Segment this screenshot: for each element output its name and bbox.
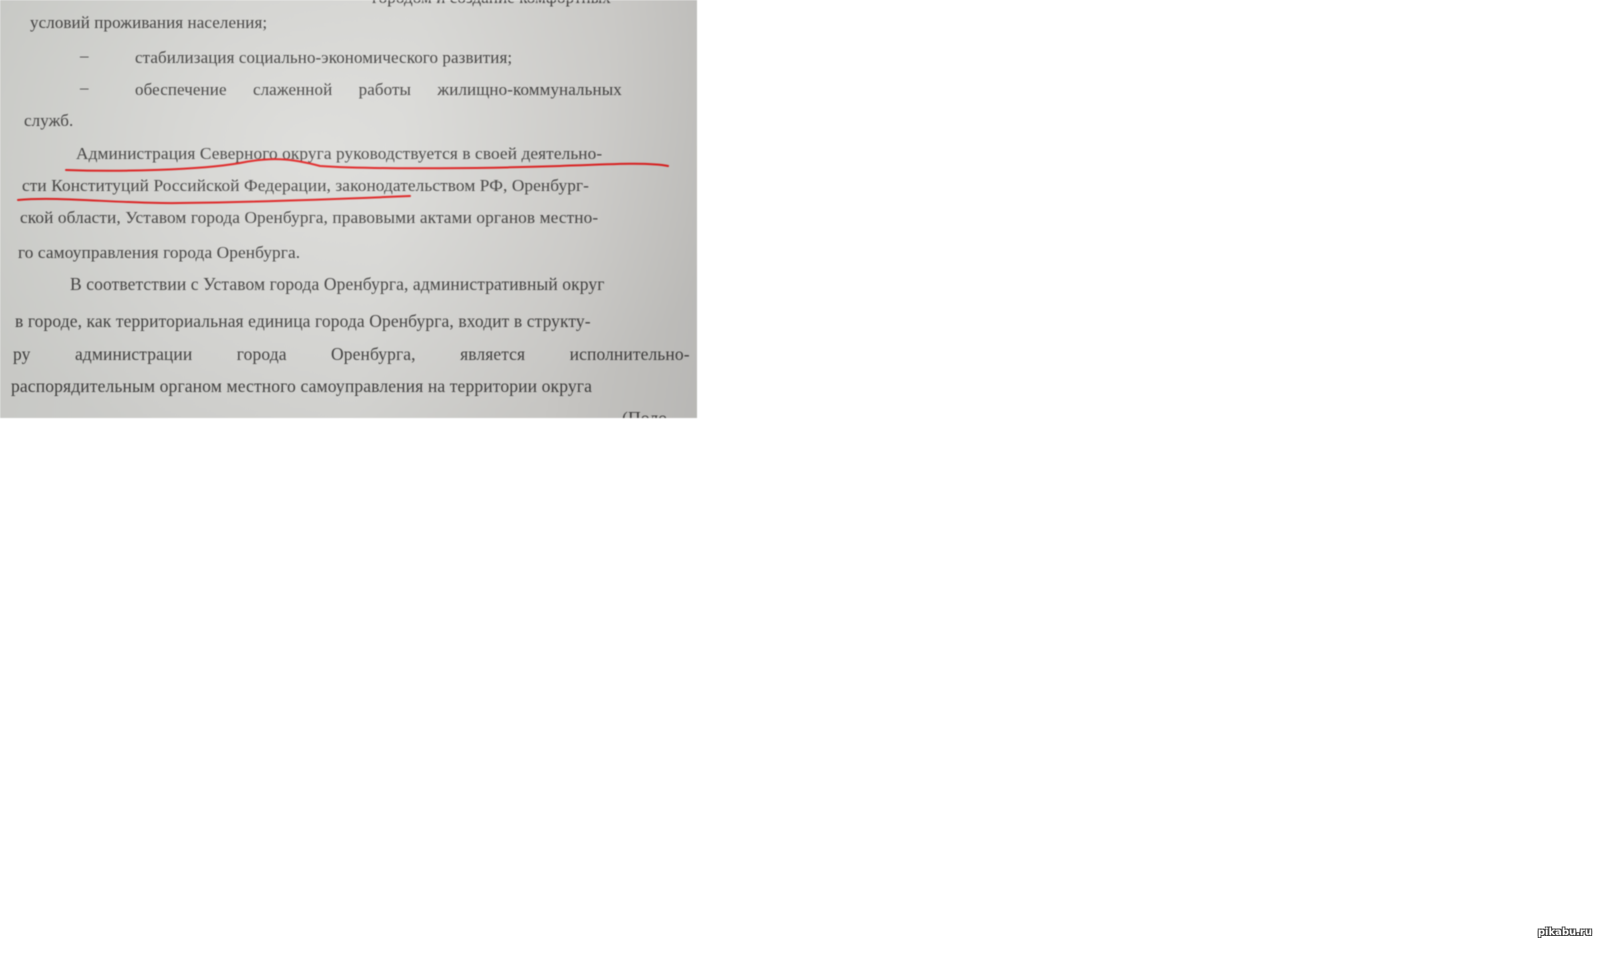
watermark: pikabu.ru (1538, 927, 1592, 938)
bullet-dash: – (80, 78, 89, 98)
doc-line: служб. (24, 111, 73, 131)
cut-off-line: (Поло (622, 408, 667, 418)
doc-line: условий проживания населения; (30, 13, 267, 33)
cut-off-line: городом и создание комфортных (372, 0, 611, 8)
highlighted-line: сти Конституций Российской Федерации, за… (22, 176, 589, 196)
bullet-item: обеспечение слаженной работы жилищно-ком… (135, 80, 660, 100)
doc-line: го самоуправления города Оренбурга. (18, 243, 300, 263)
doc-line: в городе, как территориальная единица го… (15, 311, 591, 332)
doc-line: ской области, Уставом города Оренбурга, … (20, 208, 598, 228)
bullet-dash: – (80, 46, 89, 66)
document-photo: городом и создание комфортных условий пр… (0, 0, 697, 418)
doc-line: В соответствии с Уставом города Оренбург… (70, 274, 605, 295)
doc-line: ру администрации города Оренбурга, являе… (13, 344, 690, 365)
highlighted-line: Администрация Северного округа руководст… (76, 144, 602, 164)
bullet-item: стабилизация социально-экономического ра… (135, 48, 512, 68)
bullet-item-text: обеспечение слаженной работы жилищно-ком… (135, 80, 622, 100)
doc-line: распорядительным органом местного самоуп… (11, 376, 592, 397)
